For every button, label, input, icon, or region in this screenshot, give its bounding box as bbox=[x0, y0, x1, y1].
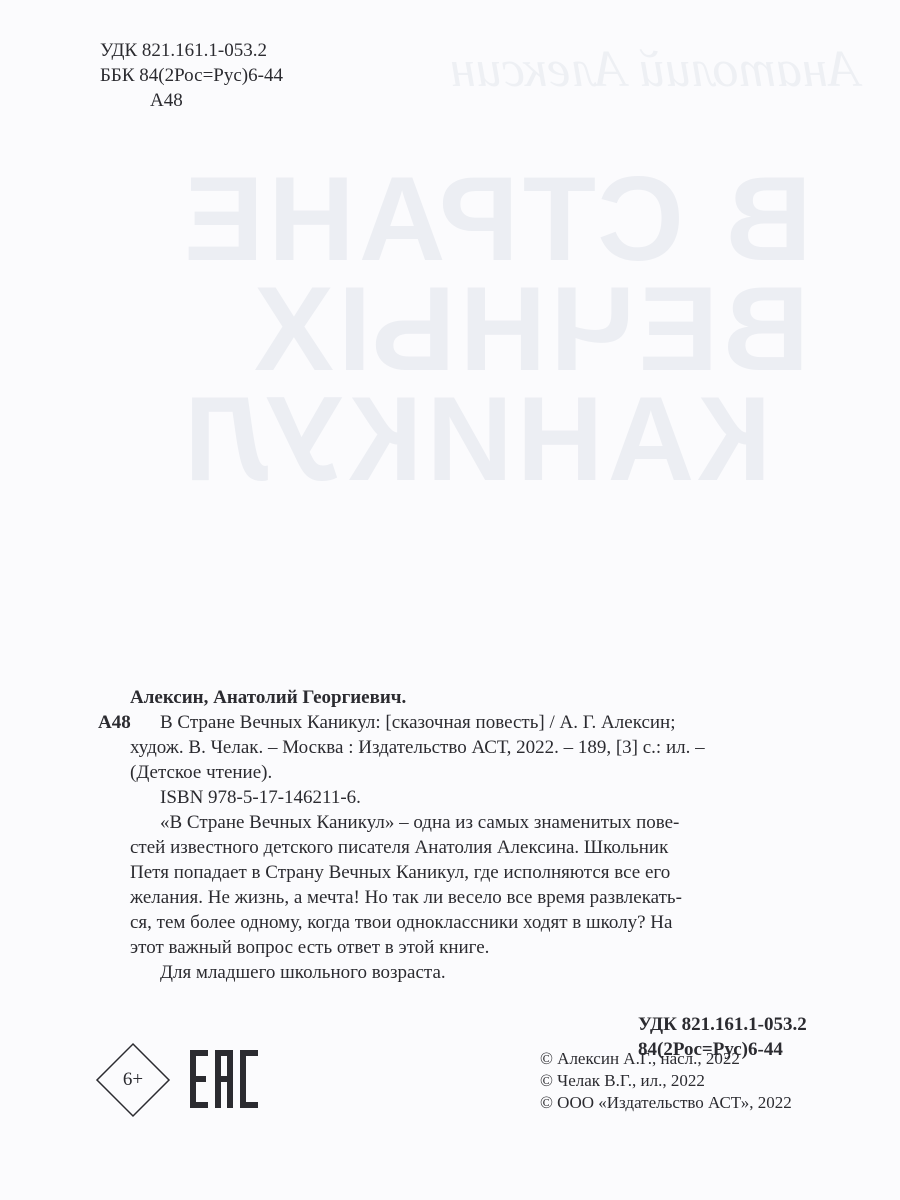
bbk-code: ББК 84(2Рос=Рус)6-44 bbox=[100, 63, 283, 88]
udk-code-bottom: УДК 821.161.1-053.2 bbox=[638, 1012, 807, 1037]
audience-note: Для младшего школьного возраста. bbox=[100, 960, 840, 985]
description-line: этот важный вопрос есть ответ в этой кни… bbox=[130, 935, 840, 960]
description-line: «В Стране Вечных Каникул» – одна из самы… bbox=[130, 810, 840, 835]
description-line: желания. Не жизнь, а мечта! Но так ли ве… bbox=[130, 885, 840, 910]
entry-title-line: В Стране Вечных Каникул: [сказочная пове… bbox=[160, 710, 840, 735]
bleed-through-title-line-3: КАНИКУЛ bbox=[180, 370, 771, 508]
author-mark: А48 bbox=[100, 88, 283, 113]
udk-code: УДК 821.161.1-053.2 bbox=[100, 38, 283, 63]
isbn: ISBN 978-5-17-146211-6. bbox=[100, 785, 840, 810]
book-description: «В Стране Вечных Каникул» – одна из самы… bbox=[100, 810, 840, 960]
age-rating-label: 6+ bbox=[95, 1042, 171, 1118]
entry-author-mark: А48 bbox=[98, 710, 131, 735]
catalog-record: Алексин, Анатолий Георгиевич. А48 В Стра… bbox=[100, 685, 840, 985]
copyright-line: © Алексин А.Г., насл., 2022 bbox=[540, 1048, 792, 1070]
classification-codes-top: УДК 821.161.1-053.2 ББК 84(2Рос=Рус)6-44… bbox=[100, 38, 283, 113]
copyright-line: © ООО «Издательство АСТ», 2022 bbox=[540, 1092, 792, 1114]
age-rating-badge: 6+ bbox=[95, 1042, 171, 1118]
entry-publisher-line: худож. В. Челак. – Москва : Издательство… bbox=[100, 735, 840, 760]
entry-series-line: (Детское чтение). bbox=[100, 760, 840, 785]
bleed-through-signature: Анатолий Алексин bbox=[450, 40, 860, 99]
author-heading: Алексин, Анатолий Георгиевич. bbox=[100, 685, 840, 710]
description-line: ся, тем более одному, когда твои однокла… bbox=[130, 910, 840, 935]
bibliographic-entry: А48 В Стране Вечных Каникул: [сказочная … bbox=[100, 710, 840, 735]
copyright-line: © Челак В.Г., ил., 2022 bbox=[540, 1070, 792, 1092]
book-imprint-page: Анатолий Алексин В СТРАНЕ ВЕЧНЫХ КАНИКУЛ… bbox=[0, 0, 900, 1200]
eac-conformity-icon bbox=[190, 1050, 260, 1108]
description-line: стей известного детского писателя Анатол… bbox=[130, 835, 840, 860]
copyright-notices: © Алексин А.Г., насл., 2022 © Челак В.Г.… bbox=[540, 1048, 792, 1114]
description-line: Петя попадает в Страну Вечных Каникул, г… bbox=[130, 860, 840, 885]
